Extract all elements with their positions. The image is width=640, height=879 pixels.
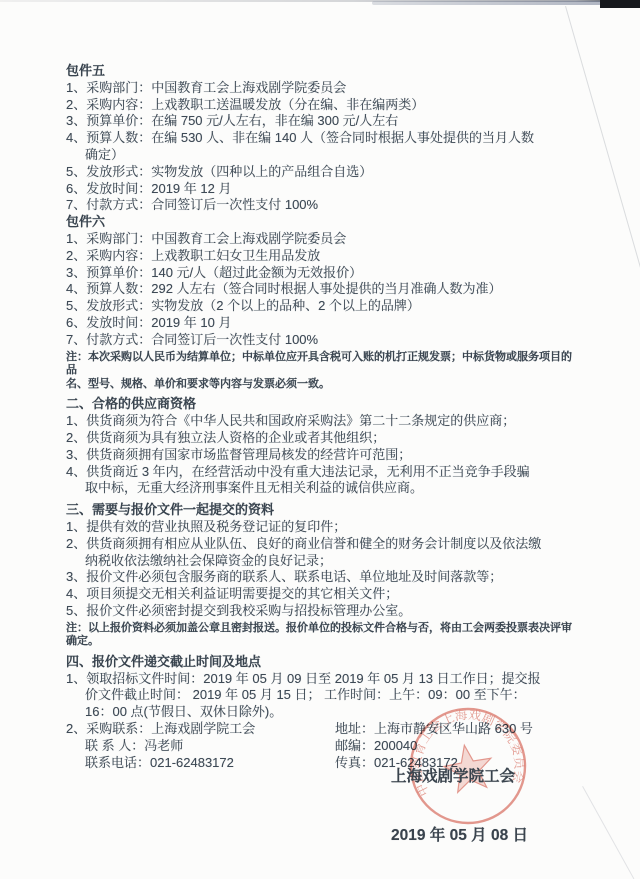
list-item: 3、预算单价：在编 750 元/人左右，非在编 300 元/人左右 [66,113,578,130]
list-item: 1、采购部门：中国教育工会上海戏剧学院委员会 [66,231,578,248]
scan-artifact-gray-band [372,1,602,5]
list-item: 7、付款方式：合同签订后一次性支付 100% [66,332,578,349]
list-item: 1、采购部门：中国教育工会上海戏剧学院委员会 [66,80,578,97]
list-item: 6、发放时间：2019 年 10 月 [66,315,578,332]
list-item: 2、采购内容：上戏教职工送温暖发放（分在编、非在编两类） [66,97,578,114]
list-item: 1、供货商须为符合《中华人民共和国政府采购法》第二十二条规定的供应商； [66,413,578,430]
scan-crease-bottom-right [582,786,634,879]
list-item: 5、发放形式：实物发放（四种以上的产品组合自选） [66,164,578,181]
signature-block: 上海戏剧学院工会 2019 年 05 月 08 日 [391,728,528,879]
list-item: 4、供货商近 3 年内，在经营活动中没有重大违法记录，无利用不正当竞争手段骗 取… [66,464,578,498]
list-item: 2、采购内容：上戏教职工妇女卫生用品发放 [66,248,578,265]
list-item: 3、报价文件必须包含服务商的联系人、联系电话、单位地址及时间落款等； [66,569,578,586]
signature-date: 2019 年 05 月 08 日 [391,826,528,846]
section-deadline-heading: 四、报价文件递交截止时间及地点 [66,654,578,671]
list-item: 1、提供有效的营业执照及税务登记证的复印件； [66,519,578,536]
package-six-note: 注：本次采购以人民币为结算单位；中标单位应开具含税可入账的机打正规发票；中标货物… [66,351,578,392]
scan-artifact-corner-block [600,0,640,8]
document-body: 包件五 1、采购部门：中国教育工会上海戏剧学院委员会 2、采购内容：上戏教职工送… [66,63,578,771]
list-item: 4、预算人数：292 人左右（签合同时根据人事处提供的当月准确人数为准） [66,281,578,298]
section-required-materials-heading: 三、需要与报价文件一起提交的资料 [66,502,578,519]
list-item: 2、供货商须拥有相应从业队伍、良好的商业信誉和健全的财务会计制度以及依法缴 纳税… [66,536,578,570]
contact-left: 联 系 人：冯老师 [85,738,183,753]
signature-org: 上海戏剧学院工会 [391,767,528,787]
section-supplier-qualification-heading: 二、合格的供应商资格 [66,396,578,413]
list-item: 6、发放时间：2019 年 12 月 [66,181,578,198]
list-item: 1、领取招标文件时间：2019 年 05 月 09 日至 2019 年 05 月… [66,671,578,721]
list-item: 7、付款方式：合同签订后一次性支付 100% [66,197,578,214]
list-item: 5、报价文件必须密封提交到我校采购与招投标管理办公室。 [66,603,578,620]
list-item: 3、预算单价：140 元/人（超过此金额为无效报价） [66,265,578,282]
contact-left: 联系电话：021-62483172 [85,755,234,770]
section-required-materials-note: 注：以上报价资料必须加盖公章且密封报送。报价单位的投标文件合格与否，将由工会两委… [66,622,578,649]
package-six-heading: 包件六 [66,214,578,231]
scanned-document-page: 包件五 1、采购部门：中国教育工会上海戏剧学院委员会 2、采购内容：上戏教职工送… [0,0,640,879]
list-item: 5、发放形式：实物发放（2 个以上的品种、2 个以上的品牌） [66,298,578,315]
list-item: 2、供货商须为具有独立法人资格的企业或者其他组织； [66,430,578,447]
contact-left: 2、采购联系：上海戏剧学院工会 [66,721,255,736]
package-five-heading: 包件五 [66,63,578,80]
list-item: 3、供货商须拥有国家市场监督管理局核发的经营许可范围； [66,447,578,464]
list-item: 4、预算人数：在编 530 人、非在编 140 人（签合同时根据人事处提供的当月… [66,130,578,164]
list-item: 4、项目须提交无相关利益证明需要提交的其它相关文件； [66,586,578,603]
